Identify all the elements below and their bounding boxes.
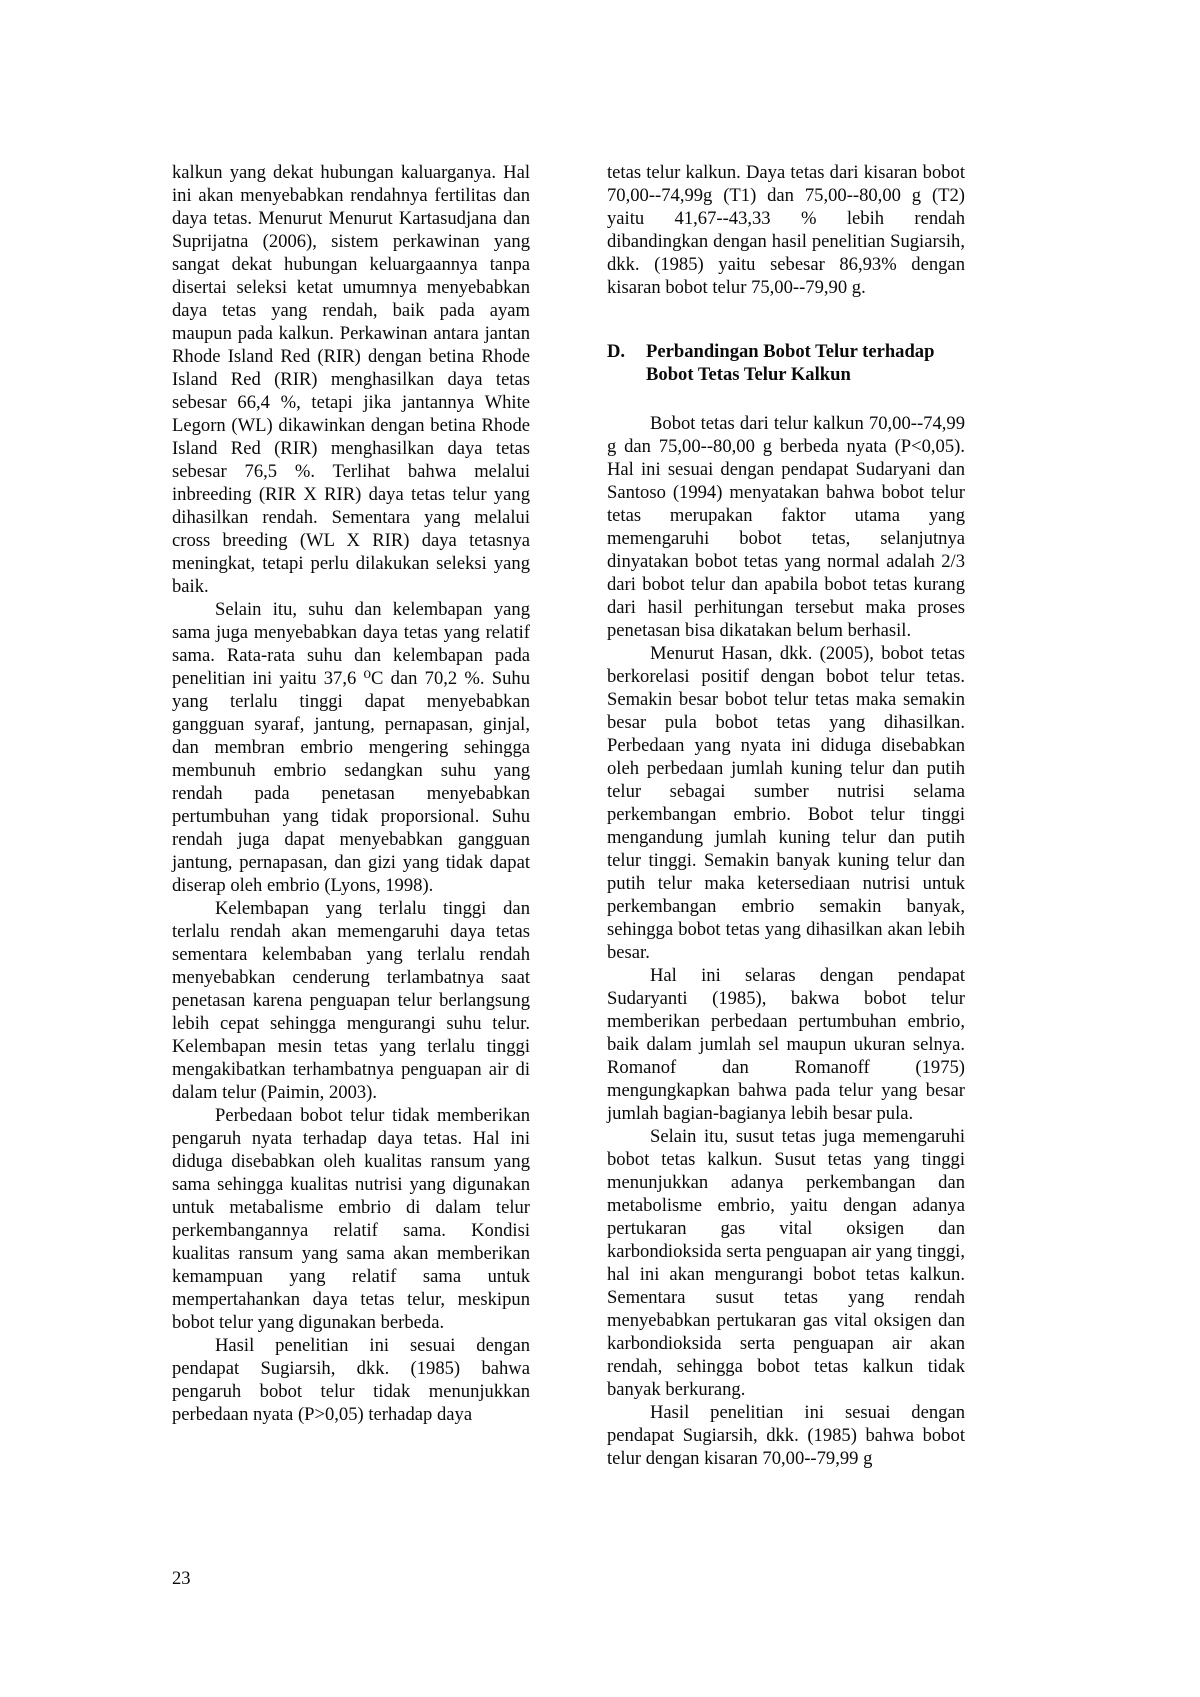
- paragraph: Hasil penelitian ini sesuai dengan penda…: [607, 1401, 965, 1470]
- paragraph: Selain itu, susut tetas juga memengaruhi…: [607, 1125, 965, 1401]
- section-heading-label: D.: [607, 340, 646, 386]
- paragraph: Menurut Hasan, dkk. (2005), bobot tetas …: [607, 642, 965, 964]
- section-heading-title-line2: Bobot Tetas Telur Kalkun: [646, 363, 934, 386]
- paragraph: kalkun yang dekat hubungan kaluarganya. …: [172, 161, 530, 598]
- paragraph: Hasil penelitian ini sesuai dengan penda…: [172, 1334, 530, 1426]
- paragraph: tetas telur kalkun. Daya tetas dari kisa…: [607, 161, 965, 299]
- paragraph: Bobot tetas dari telur kalkun 70,00--74,…: [607, 412, 965, 642]
- section-heading-title: Perbandingan Bobot Telur terhadap Bobot …: [646, 340, 934, 386]
- paragraph: Hal ini selaras dengan pendapat Sudaryan…: [607, 964, 965, 1125]
- section-heading-title-line1: Perbandingan Bobot Telur terhadap: [646, 340, 934, 363]
- left-column: kalkun yang dekat hubungan kaluarganya. …: [172, 161, 530, 1426]
- page-number: 23: [172, 1567, 191, 1590]
- right-column: tetas telur kalkun. Daya tetas dari kisa…: [607, 161, 965, 1470]
- section-heading: D. Perbandingan Bobot Telur terhadap Bob…: [607, 340, 965, 386]
- document-page: kalkun yang dekat hubungan kaluarganya. …: [0, 0, 1200, 1697]
- paragraph: Perbedaan bobot telur tidak memberikan p…: [172, 1104, 530, 1334]
- paragraph: Kelembapan yang terlalu tinggi dan terla…: [172, 897, 530, 1104]
- paragraph: Selain itu, suhu dan kelembapan yang sam…: [172, 598, 530, 897]
